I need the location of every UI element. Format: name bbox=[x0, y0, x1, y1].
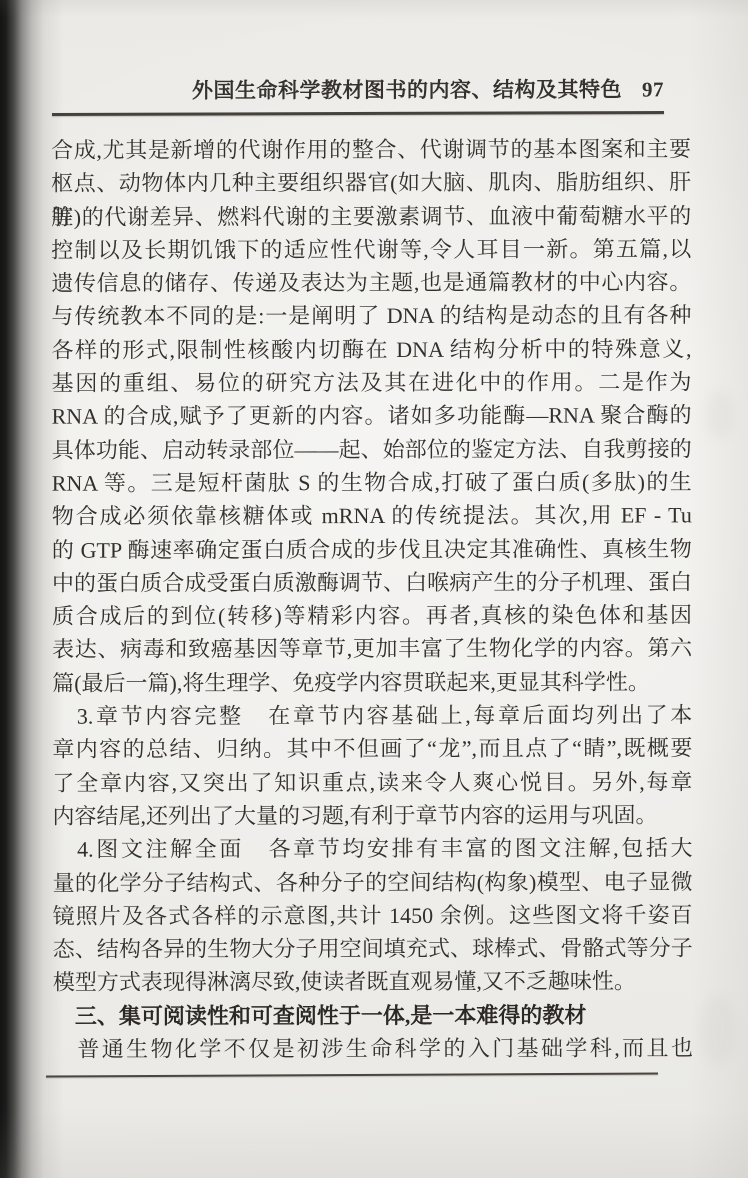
text-line: 基因的重组、易位的研究方法及其在进化中的作用。二是作为 bbox=[52, 365, 692, 400]
scan-smudge bbox=[705, 390, 735, 440]
text-line: 了全章内容,又突出了知识重点,读来令人爽心悦目。另外,每章 bbox=[52, 765, 692, 800]
text-line: 模型方式表现得淋漓尽致,使读者既直观易懂,又不乏趣味性。 bbox=[53, 965, 693, 1000]
section-heading-line: 三、集可阅读性和可查阅性于一体,是一本难得的教材 bbox=[53, 998, 693, 1033]
footer-rule bbox=[46, 1073, 658, 1078]
text-line: 态、结构各异的生物大分子用空间填充式、球棒式、骨骼式等分子 bbox=[53, 931, 693, 966]
text-line: 具体功能、启动转录部位——起、始部位的鉴定方法、自我剪接的 bbox=[52, 432, 692, 467]
text-line: 质合成后的到位(转移)等精彩内容。再者,真核的染色体和基因 bbox=[52, 598, 692, 633]
page-number: 97 bbox=[642, 77, 664, 102]
scanned-book-page: 外国生命科学教材图书的内容、结构及其特色 97 合成,尤其是新增的代谢作用的整合… bbox=[0, 0, 748, 1178]
text-line: 合成,尤其是新增的代谢作用的整合、代谢调节的基本图案和主要 bbox=[51, 132, 691, 167]
text-line: 表达、病毒和致癌基因等章节,更加丰富了生物化学的内容。第六 bbox=[52, 632, 692, 667]
text-line: 与传统教本不同的是:一是阐明了 DNA 的结构是动态的且有各种 bbox=[51, 299, 691, 334]
body-text: 合成,尤其是新增的代谢作用的整合、代谢调节的基本图案和主要枢点、动物体内几种主要… bbox=[51, 132, 693, 1066]
header-rule bbox=[52, 111, 664, 116]
text-line: 4.图文注解全面 各章节均安排有丰富的图文注解,包括大 bbox=[52, 832, 692, 867]
text-line: 镜照片及各式各样的示意图,共计 1450 余例。这些图文将千姿百 bbox=[53, 898, 693, 933]
text-line: 篇(最后一篇),将生理学、免疫学内容贯联起来,更显其科学性。 bbox=[52, 665, 692, 700]
text-line: RNA 等。三是短杆菌肽 S 的生物合成,打破了蛋白质(多肽)的生 bbox=[52, 465, 692, 500]
text-line: 普通生物化学不仅是初涉生命科学的入门基础学科,而且也 bbox=[53, 1031, 693, 1066]
text-line: RNA 的合成,赋予了更新的内容。诸如多功能酶—RNA 聚合酶的 bbox=[52, 399, 692, 434]
text-line: 3.章节内容完整 在章节内容基础上,每章后面均列出了本 bbox=[52, 698, 692, 733]
text-line: 各样的形式,限制性核酸内切酶在 DNA 结构分析中的特殊意义, bbox=[51, 332, 691, 367]
header-title: 外国生命科学教材图书的内容、结构及其特色 bbox=[192, 73, 622, 104]
text-line: 量的化学分子结构式、各种分子的空间结构(构象)模型、电子显微 bbox=[53, 865, 693, 900]
text-line: 遗传信息的储存、传递及表达为主题,也是通篇教材的中心内容。 bbox=[51, 266, 691, 301]
text-line: 物合成必须依靠核糖体或 mRNA 的传统提法。其次,用 EF - Tu bbox=[52, 499, 692, 534]
running-header: 外国生命科学教材图书的内容、结构及其特色 97 bbox=[192, 73, 664, 104]
text-line: 控制以及长期饥饿下的适应性代谢等,令人耳目一新。第五篇,以 bbox=[51, 232, 691, 267]
text-line: 章内容的总结、归纳。其中不但画了“龙”,而且点了“睛”,既概要 bbox=[52, 732, 692, 767]
text-line: 等)的代谢差异、燃料代谢的主要激素调节、血液中葡萄糖水平的 bbox=[51, 199, 691, 234]
text-line: 中的蛋白质合成受蛋白质激酶调节、白喉病产生的分子机理、蛋白 bbox=[52, 565, 692, 600]
text-line: 的 GTP 酶速率确定蛋白质合成的步伐且决定其准确性、真核生物 bbox=[52, 532, 692, 567]
text-line: 内容结尾,还列出了大量的习题,有利于章节内容的运用与巩固。 bbox=[52, 798, 692, 833]
text-line: 枢点、动物体内几种主要组织器官(如大脑、肌肉、脂肪组织、肝脏 bbox=[51, 166, 691, 201]
scan-smudge bbox=[700, 995, 736, 1065]
